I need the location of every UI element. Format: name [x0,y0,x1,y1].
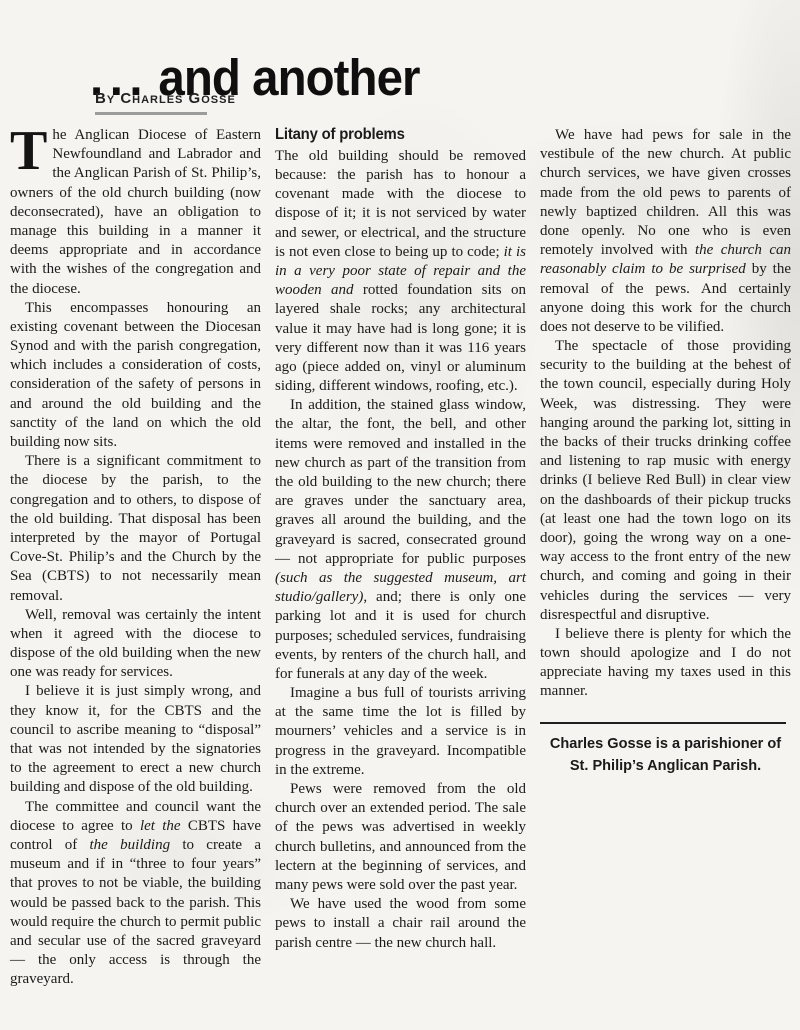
byline-rule [95,112,207,115]
column-2: Litany of problems The old building shou… [275,126,526,953]
paragraph: The old building should be removed becau… [275,147,526,396]
footnote-text: Charles Gosse is a parishioner ofSt. Phi… [544,733,787,778]
paragraph: The spectacle of those providing securit… [540,337,791,625]
drop-cap: T [10,126,52,173]
paragraph: There is a significant commitment to the… [10,452,261,606]
paragraph: Imagine a bus full of tourists arriving … [275,684,526,780]
footnote-line-2: St. Philip’s Anglican Parish. [544,755,787,778]
paragraph: Well, removal was certainly the intent w… [10,606,261,683]
newspaper-clipping: ...and another By Charles Gosse The Angl… [0,0,800,1030]
text-run: This encompasses honouring an existing c… [10,300,261,450]
text-run: I believe there is plenty for which the … [540,626,791,700]
paragraph: In addition, the stained glass window, t… [275,396,526,684]
byline: By Charles Gosse [95,90,236,107]
paragraph: The committee and council want the dioce… [10,798,261,990]
text-run: to create a museum and if in “three to f… [10,837,261,987]
text-run: The spectacle of those providing securit… [540,338,791,623]
text-run: We have used the wood from some pews to … [275,896,526,950]
text-run: Imagine a bus full of tourists arriving … [275,685,526,778]
text-run: Pews were removed from the old church ov… [275,781,526,893]
footnote-rule [540,722,786,724]
paragraph: Pews were removed from the old church ov… [275,780,526,895]
text-run: There is a significant commitment to the… [10,453,261,603]
paragraph: This encompasses honouring an existing c… [10,299,261,453]
paragraph: I believe it is just simply wrong, and t… [10,682,261,797]
text-run: We have had pews for sale in the vestibu… [540,127,791,258]
text-run: I believe it is just simply wrong, and t… [10,683,261,795]
paragraph: We have used the wood from some pews to … [275,895,526,953]
article-body: The Anglican Diocese of Eastern Newfound… [10,126,792,989]
column-1: The Anglican Diocese of Eastern Newfound… [10,126,261,989]
text-run: Well, removal was certainly the intent w… [10,607,261,681]
text-run: rotted foundation sits on layered shale … [275,282,526,394]
italic-run: let the [140,818,181,834]
section-heading: Litany of problems [275,126,516,144]
italic-run: the building [90,837,171,853]
text-run: The old building should be removed becau… [275,148,526,260]
paragraph: We have had pews for sale in the vestibu… [540,126,791,337]
text-run: In addition, the stained glass window, t… [275,397,526,567]
paragraph: I believe there is plenty for which the … [540,625,791,702]
author-footnote: Charles Gosse is a parishioner ofSt. Phi… [540,722,791,778]
column-3: We have had pews for sale in the vestibu… [540,126,791,778]
paragraph: The Anglican Diocese of Eastern Newfound… [10,126,261,299]
footnote-line-1: Charles Gosse is a parishioner of [544,733,787,756]
